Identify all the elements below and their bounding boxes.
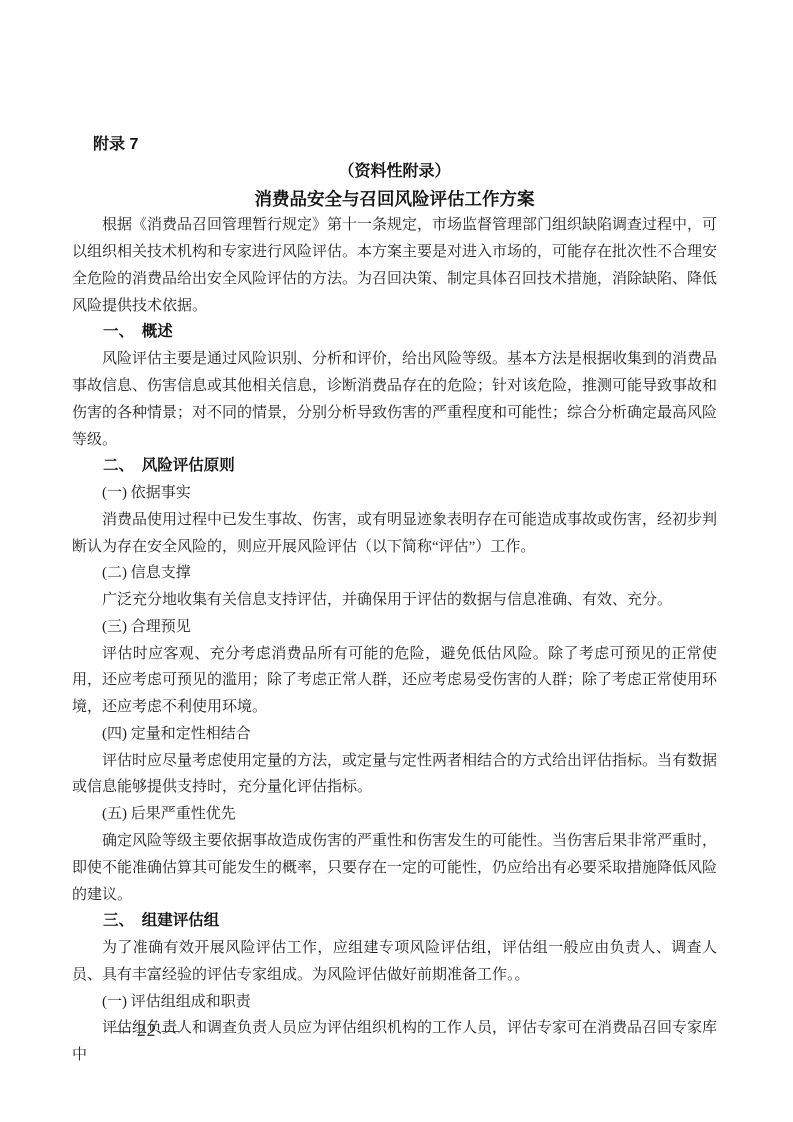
paragraph: 根据《消费品召回管理暂行规定》第十一条规定，市场监督管理部门组织缺陷调查过程中，… (72, 212, 717, 319)
page-number: — 22 — (113, 1020, 180, 1041)
sub-heading: (五) 后果严重性优先 (72, 801, 717, 828)
sub-heading: (一) 评估组组成和职责 (72, 989, 717, 1016)
paragraph: 为了准确有效开展风险评估工作，应组建专项风险评估组，评估组一般应由负责人、调查人… (72, 935, 717, 989)
section-heading: 一、 概述 (72, 319, 717, 346)
sub-heading: (三) 合理预见 (72, 614, 717, 641)
paragraph: 评估时应客观、充分考虑消费品所有可能的危险，避免低估风险。除了考虑可预见的正常使… (72, 641, 717, 721)
appendix-label: 附录 7 (72, 132, 717, 159)
appendix-type-subtitle: （资料性附录） (72, 159, 717, 186)
sub-heading: (四) 定量和定性相结合 (72, 721, 717, 748)
document-body: 根据《消费品召回管理暂行规定》第十一条规定，市场监督管理部门组织缺陷调查过程中，… (72, 212, 717, 1069)
paragraph: 广泛充分地收集有关信息支持评估，并确保用于评估的数据与信息准确、有效、充分。 (72, 587, 717, 614)
section-heading: 二、 风险评估原则 (72, 453, 717, 480)
paragraph: 风险评估主要是通过风险识别、分析和评价，给出风险等级。基本方法是根据收集到的消费… (72, 346, 717, 453)
paragraph: 评估时应尽量考虑使用定量的方法，或定量与定性两者相结合的方式给出评估指标。当有数… (72, 748, 717, 802)
sub-heading: (二) 信息支撑 (72, 560, 717, 587)
document-title: 消费品安全与召回风险评估工作方案 (72, 186, 717, 213)
document-page: 附录 7 （资料性附录） 消费品安全与召回风险评估工作方案 根据《消费品召回管理… (0, 0, 793, 1122)
section-heading: 三、 组建评估组 (72, 908, 717, 935)
paragraph: 消费品使用过程中已发生事故、伤害，或有明显迹象表明存在可能造成事故或伤害，经初步… (72, 507, 717, 561)
sub-heading: (一) 依据事实 (72, 480, 717, 507)
paragraph: 确定风险等级主要依据事故造成伤害的严重性和伤害发生的可能性。当伤害后果非常严重时… (72, 828, 717, 908)
